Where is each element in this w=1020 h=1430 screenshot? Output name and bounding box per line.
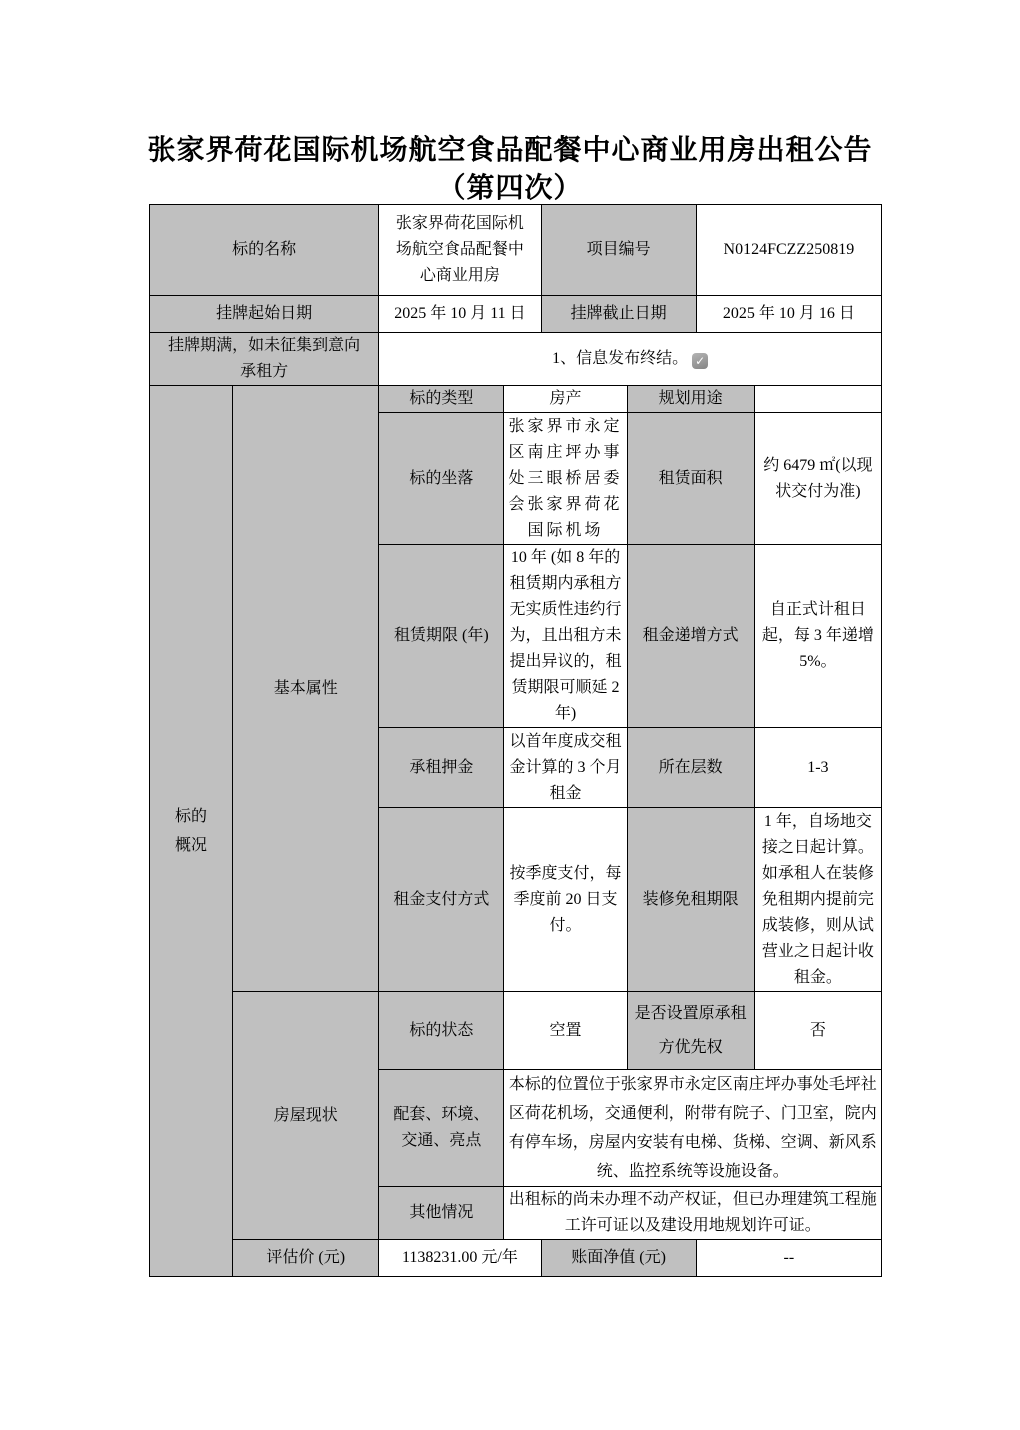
rent-free-period-label: 装修免租期限 (627, 808, 754, 992)
amenities-value: 本标的位置位于张家界市永定区南庄坪办事处毛坪社区荷花机场，交通便利，附带有院子、… (504, 1070, 882, 1187)
lease-term-label: 租赁期限 (年) (379, 545, 504, 728)
subject-location-label: 标的坐落 (379, 413, 504, 545)
page-title-line1: 张家界荷花国际机场航空食品配餐中心商业用房出租公告 (147, 134, 872, 165)
expiry-clause-text: 1、信息发布终结。 (552, 350, 688, 367)
table-row: 房屋现状 标的状态 空置 是否设置原承租方优先权 否 (150, 992, 882, 1070)
amenities-label: 配套、环境、交通、亮点 (379, 1070, 504, 1187)
overview-group-label: 标的概况 (150, 386, 233, 1277)
house-condition-label: 房屋现状 (233, 992, 379, 1240)
other-conditions-value: 出租标的尚未办理不动产权证，但已办理建筑工程施工许可证以及建设用地规划许可证。 (504, 1187, 882, 1240)
other-conditions-label: 其他情况 (379, 1187, 504, 1240)
listing-start-value: 2025 年 10 月 11 日 (379, 296, 541, 333)
rent-escalation-label: 租金递增方式 (627, 545, 754, 728)
payment-method-label: 租金支付方式 (379, 808, 504, 992)
subject-type-label: 标的类型 (379, 386, 504, 413)
rent-escalation-value: 自正式计租日起，每 3 年递增 5%。 (754, 545, 881, 728)
subject-location-value: 张家界市永定区南庄坪办事处三眼桥居委会张家界荷花国际机场 (504, 413, 627, 545)
lease-term-value: 10 年 (如 8 年的租赁期内承租方无实质性违约行为，且出租方未提出异议的，租… (504, 545, 627, 728)
page-title-line2: （第四次） (437, 172, 582, 203)
checked-checkbox-icon[interactable]: ✓ (692, 353, 708, 369)
expiry-clause-label: 挂牌期满，如未征集到意向承租方 (150, 333, 379, 386)
planned-use-label: 规划用途 (627, 386, 754, 413)
floors-label: 所在层数 (627, 728, 754, 808)
subject-status-label: 标的状态 (379, 992, 504, 1070)
subject-name-value: 张家界荷花国际机场航空食品配餐中心商业用房 (379, 205, 541, 296)
floors-value: 1-3 (754, 728, 881, 808)
payment-method-value: 按季度支付，每季度前 20 日支付。 (504, 808, 627, 992)
deposit-label: 承租押金 (379, 728, 504, 808)
listing-start-label: 挂牌起始日期 (150, 296, 379, 333)
subject-status-value: 空置 (504, 992, 627, 1070)
original-tenant-priority-label: 是否设置原承租方优先权 (627, 992, 754, 1070)
expiry-clause-value: 1、信息发布终结。✓ (379, 333, 882, 386)
book-value-label: 账面净值 (元) (541, 1240, 696, 1277)
basic-attributes-label: 基本属性 (233, 386, 379, 992)
lease-area-label: 租赁面积 (627, 413, 754, 545)
deposit-value: 以首年度成交租金计算的 3 个月租金 (504, 728, 627, 808)
table-row: 挂牌起始日期 2025 年 10 月 11 日 挂牌截止日期 2025 年 10… (150, 296, 882, 333)
document-page: 张家界荷花国际机场航空食品配餐中心商业用房出租公告 （第四次） 标的名称 张家界… (0, 0, 1020, 1430)
listing-end-label: 挂牌截止日期 (541, 296, 696, 333)
page-title: 张家界荷花国际机场航空食品配餐中心商业用房出租公告 （第四次） (0, 131, 1020, 207)
original-tenant-priority-value: 否 (754, 992, 881, 1070)
book-value-value: -- (696, 1240, 881, 1277)
appraisal-price-label: 评估价 (元) (233, 1240, 379, 1277)
subject-type-value: 房产 (504, 386, 627, 413)
table-row: 标的概况 基本属性 标的类型 房产 规划用途 (150, 386, 882, 413)
listing-end-value: 2025 年 10 月 16 日 (696, 296, 881, 333)
table-row: 评估价 (元) 1138231.00 元/年 账面净值 (元) -- (150, 1240, 882, 1277)
project-number-label: 项目编号 (541, 205, 696, 296)
subject-name-label: 标的名称 (150, 205, 379, 296)
lease-area-value: 约 6479 ㎡(以现状交付为准) (754, 413, 881, 545)
project-number-value: N0124FCZZ250819 (696, 205, 881, 296)
appraisal-price-value: 1138231.00 元/年 (379, 1240, 541, 1277)
rent-free-period-value: 1 年，自场地交接之日起计算。如承租人在装修免租期内提前完成装修，则从试营业之日… (754, 808, 881, 992)
table-row: 挂牌期满，如未征集到意向承租方 1、信息发布终结。✓ (150, 333, 882, 386)
announcement-table: 标的名称 张家界荷花国际机场航空食品配餐中心商业用房 项目编号 N0124FCZ… (149, 204, 882, 1277)
planned-use-value (754, 386, 881, 413)
table-row: 标的名称 张家界荷花国际机场航空食品配餐中心商业用房 项目编号 N0124FCZ… (150, 205, 882, 296)
